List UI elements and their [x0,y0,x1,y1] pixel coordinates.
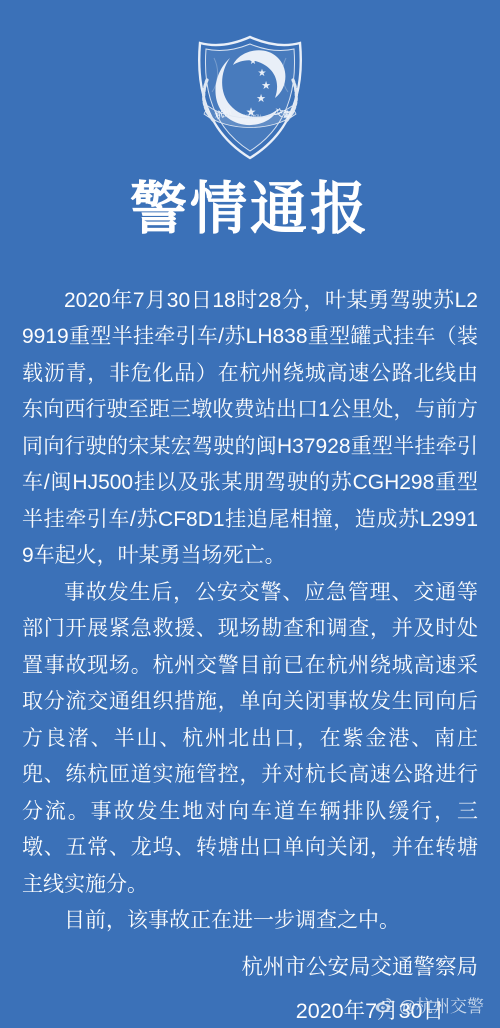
svg-text:★: ★ [249,56,257,66]
badge-en-line2: TRAFFIC POLICE [235,119,265,123]
paragraph-incident: 2020年7月30日18时28分，叶某勇驾驶苏L29919重型半挂牵引车/苏LH… [22,283,478,575]
badge-en-line1: HANG ZHOU [239,114,261,118]
weibo-icon [374,995,394,1015]
paragraph-response: 事故发生后，公安交警、应急管理、交通等部门开展紧急救援、现场勘查和调查，并及时处… [22,575,478,904]
signature-agency: 杭州市公安局交通警察局 [0,950,500,981]
paragraph-investigation: 目前，该事故正在进一步调查之中。 [22,903,478,940]
notice-body: 2020年7月30日18时28分，叶某勇驾驶苏L29919重型半挂牵引车/苏LH… [0,283,500,940]
svg-text:★: ★ [258,68,267,79]
svg-text:★: ★ [261,80,271,92]
weibo-handle: @杭州交警 [399,992,484,1017]
svg-text:★: ★ [256,93,266,105]
weibo-watermark: @杭州交警 [374,992,484,1017]
police-notice-poster: ★ ★ ★ ★ ★ 杭州 交警 HANG ZHOU TRAFFIC POLICE… [0,0,500,1028]
notice-title: 警情通报 [0,178,500,241]
hangzhou-traffic-police-badge-icon: ★ ★ ★ ★ ★ 杭州 交警 HANG ZHOU TRAFFIC POLICE [0,0,500,164]
